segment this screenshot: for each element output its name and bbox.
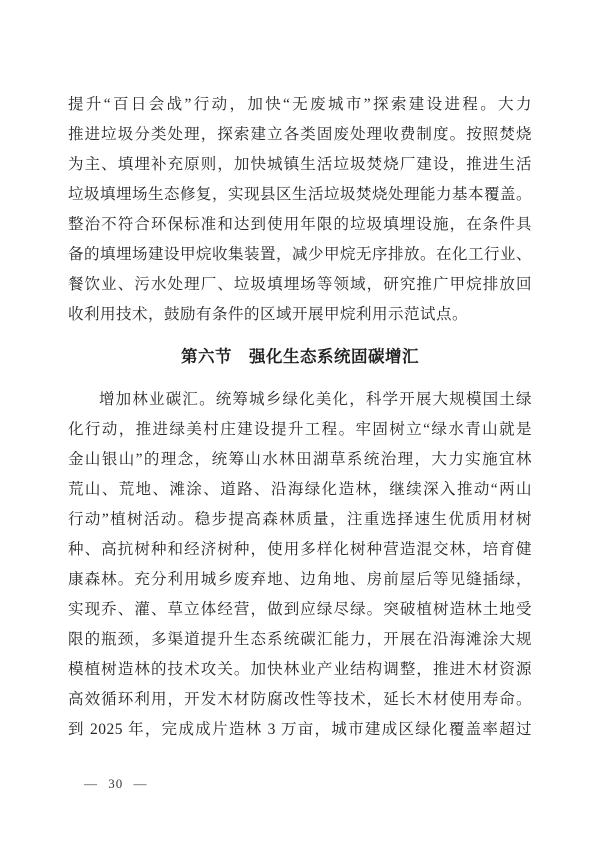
text-line: 康森林。充分利用城乡废弃地、边角地、房前屋后等见缝插绿， [68,565,532,595]
page-footer: — 30 — [84,776,148,792]
text-line: 到 2025 年，完成成片造林 3 万亩，城市建成区绿化覆盖率超过 [68,715,532,745]
text-line: 备的填埋场建设甲烷收集装置，减少甲烷无序排放。在化工行业、 [68,240,532,270]
section-heading: 第六节 强化生态系统固碳增汇 [68,342,532,372]
text-line: 化行动，推进绿美村庄建设提升工程。牢固树立“绿水青山就是 [68,415,532,445]
text-line: 餐饮业、污水处理厂、垃圾填埋场等领域，研究推广甲烷排放回 [68,270,532,300]
text-line: 种、高抗树种和经济树种，使用多样化树种营造混交林，培育健 [68,535,532,565]
text-line: 行动”植树活动。稳步提高森林质量，注重选择速生优质用材树 [68,505,532,535]
document-page: 提升“百日会战”行动，加快“无废城市”探索建设进程。大力推进垃圾分类处理，探索建… [0,0,600,848]
text-line: 推进垃圾分类处理，探索建立各类固废处理收费制度。按照焚烧 [68,120,532,150]
text-line: 高效循环利用，开发木材防腐改性等技术，延长木材使用寿命。 [68,685,532,715]
text-line: 荒山、荒地、滩涂、道路、沿海绿化造林，继续深入推动“两山 [68,475,532,505]
text-line: 整治不符合环保标准和达到使用年限的垃圾填埋设施，在条件具 [68,210,532,240]
text-line: 为主、填埋补充原则，加快城镇生活垃圾焚烧厂建设，推进生活 [68,150,532,180]
text-line: 增加林业碳汇。统筹城乡绿化美化，科学开展大规模国土绿 [68,385,532,415]
text-line: 收利用技术，鼓励有条件的区域开展甲烷利用示范试点。 [68,300,532,330]
text-line: 实现乔、灌、草立体经营，做到应绿尽绿。突破植树造林土地受 [68,595,532,625]
text-line: 金山银山”的理念，统筹山水林田湖草系统治理，大力实施宜林 [68,445,532,475]
text-line: 提升“百日会战”行动，加快“无废城市”探索建设进程。大力 [68,90,532,120]
text-line: 限的瓶颈，多渠道提升生态系统碳汇能力，开展在沿海滩涂大规 [68,625,532,655]
text-line: 垃圾填埋场生态修复，实现县区生活垃圾焚烧处理能力基本覆盖。 [68,180,532,210]
document-body: 提升“百日会战”行动，加快“无废城市”探索建设进程。大力推进垃圾分类处理，探索建… [68,90,532,745]
text-line: 模植树造林的技术攻关。加快林业产业结构调整，推进木材资源 [68,655,532,685]
page-number: — 30 — [84,776,148,791]
